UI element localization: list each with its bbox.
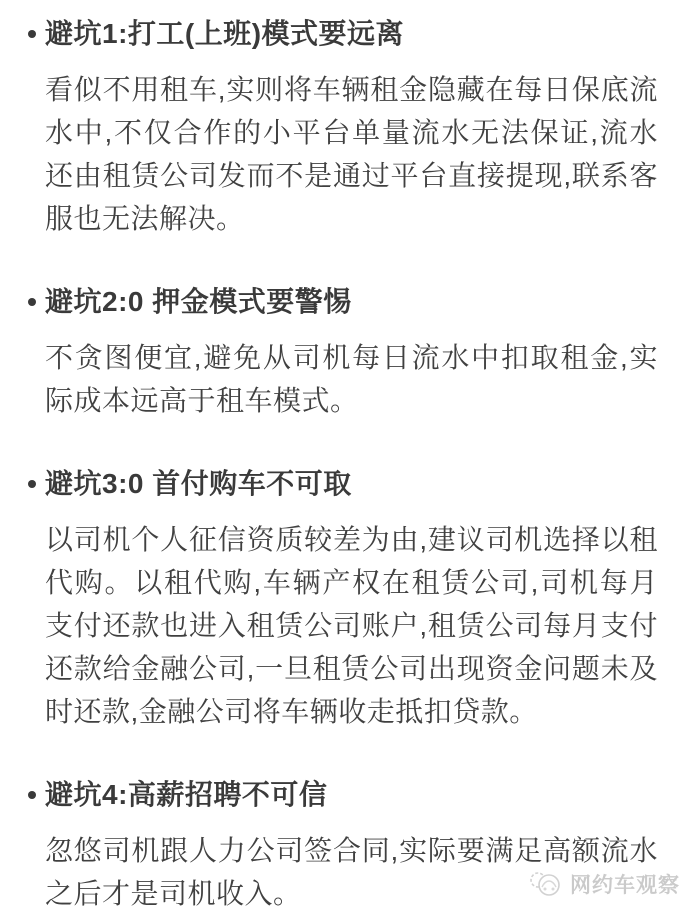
section-pitfall-2: 避坑2:0 押金模式要警惕 不贪图便宜,避免从司机每日流水中扣取租金,实际成本远…: [45, 280, 658, 422]
section-heading: 避坑4:高薪招聘不可信: [45, 773, 658, 816]
watermark: 网约车观察: [527, 869, 680, 899]
article-content: 避坑1:打工(上班)模式要远离 看似不用租车,实则将车辆租金隐藏在每日保底流水中…: [0, 0, 696, 915]
section-paragraph: 以司机个人征信资质较差为由,建议司机选择以租代购。以租代购,车辆产权在租赁公司,…: [45, 518, 658, 733]
section-paragraph: 不贪图便宜,避免从司机每日流水中扣取租金,实际成本远高于租车模式。: [45, 336, 658, 422]
section-paragraph: 看似不用租车,实则将车辆租金隐藏在每日保底流水中,不仅合作的小平台单量流水无法保…: [45, 68, 658, 240]
section-heading: 避坑1:打工(上班)模式要远离: [45, 12, 658, 55]
section-heading-text: 避坑2:0 押金模式要警惕: [45, 286, 352, 317]
section-heading: 避坑3:0 首付购车不可取: [45, 462, 658, 505]
bullet-icon: [28, 298, 36, 306]
section-pitfall-3: 避坑3:0 首付购车不可取 以司机个人征信资质较差为由,建议司机选择以租代购。以…: [45, 462, 658, 733]
bullet-icon: [28, 480, 36, 488]
bullet-icon: [28, 30, 36, 38]
section-heading-text: 避坑1:打工(上班)模式要远离: [45, 18, 404, 49]
section-pitfall-1: 避坑1:打工(上班)模式要远离 看似不用租车,实则将车辆租金隐藏在每日保底流水中…: [45, 12, 658, 240]
section-heading-text: 避坑3:0 首付购车不可取: [45, 468, 352, 499]
section-heading-text: 避坑4:高薪招聘不可信: [45, 779, 327, 810]
car-doodle-icon: [527, 870, 565, 898]
watermark-label: 网约车观察: [570, 869, 680, 899]
bullet-icon: [28, 791, 36, 799]
section-heading: 避坑2:0 押金模式要警惕: [45, 280, 658, 323]
